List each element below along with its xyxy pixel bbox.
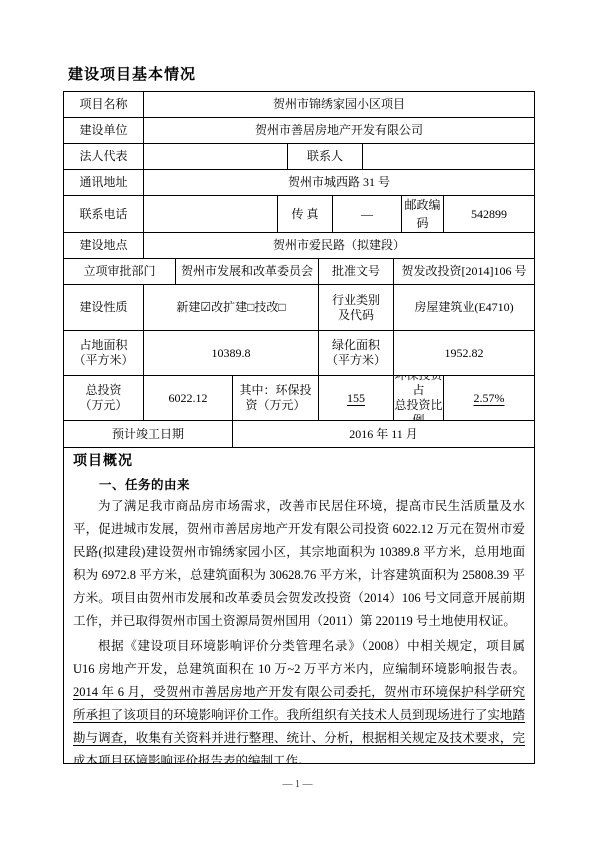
industry-label-line2: 及代码 [338, 308, 374, 323]
env-ratio-label-line2: 总投资比例 [394, 398, 443, 421]
env-investment-number: 155 [347, 391, 365, 406]
nature-checkboxes: 新建☑改扩建□技改□ [144, 285, 319, 331]
land-area-value: 10389.8 [144, 331, 319, 376]
phone-label: 联系电话 [64, 196, 144, 233]
project-name-label: 项目名称 [64, 92, 144, 118]
land-area-label-line2: （平方米） [73, 353, 133, 368]
approval-dept-label: 立项审批部门 [64, 259, 176, 285]
overview-paragraph-2: 根据《建设项目环境影响评价分类管理名录》（2008）中相关规定，项目属 U16 … [73, 635, 525, 763]
env-ratio-number: 2.57% [474, 391, 505, 406]
total-investment-label: 总投资 （万元） [64, 376, 144, 421]
env-ratio-value: 2.57% [444, 376, 534, 421]
env-investment-label-line1: 其中：环保投 [239, 383, 311, 398]
env-ratio-label: 环保投资占 总投资比例 [394, 376, 444, 421]
contact-label: 联系人 [288, 144, 363, 170]
overview-paragraph-2-plain: 根据《建设项目环境影响评价分类管理名录》（2008）中相关规定，项目属 U16 … [73, 639, 525, 676]
green-area-label-line1: 绿化面积 [332, 338, 380, 353]
green-area-label-line2: （平方米） [326, 353, 386, 368]
approval-dept-value: 贺州市发展和改革委员会 [176, 259, 319, 285]
env-investment-label: 其中：环保投 资（万元） [233, 376, 319, 421]
industry-value: 房屋建筑业(E4710) [394, 285, 534, 331]
industry-label: 行业类别 及代码 [319, 285, 394, 331]
overview-paragraph-2-underlined: 2014 年 6 月，受贺州市善居房地产开发有限公司委托，贺州市环境保护科学研究… [73, 685, 525, 763]
total-investment-label-line1: 总投资 [85, 383, 121, 398]
fax-label: 传 真 [278, 196, 333, 233]
industry-label-line1: 行业类别 [332, 293, 380, 308]
builder-label: 建设单位 [64, 118, 144, 144]
fax-value: — [333, 196, 402, 233]
total-investment-label-line2: （万元） [79, 398, 127, 413]
builder-value: 贺州市善居房地产开发有限公司 [144, 118, 534, 144]
basic-info-table: 项目名称 贺州市锦绣家园小区项目 建设单位 贺州市善居房地产开发有限公司 法人代… [63, 91, 535, 764]
legal-rep-value [144, 144, 288, 170]
approval-doc-label: 批准文号 [319, 259, 394, 285]
postcode-value: 542899 [444, 196, 534, 233]
postcode-label: 邮政编码 [402, 196, 444, 233]
phone-value [144, 196, 278, 233]
project-overview-section: 项目概况 一、任务的由来 为了满足我市商品房市场需求，改善市民居住环境，提高市民… [64, 448, 534, 763]
green-area-value: 1952.82 [394, 331, 534, 376]
nature-label: 建设性质 [64, 285, 144, 331]
page-number: — 1 — [0, 779, 595, 790]
total-investment-value: 6022.12 [144, 376, 233, 421]
completion-label: 预计竣工日期 [64, 421, 233, 448]
address-label: 通讯地址 [64, 170, 144, 196]
env-investment-label-line2: 资（万元） [245, 398, 305, 413]
overview-subheading: 一、任务的由来 [73, 478, 525, 493]
site-label: 建设地点 [64, 233, 144, 259]
green-area-label: 绿化面积 （平方米） [319, 331, 394, 376]
address-value: 贺州市城西路 31 号 [144, 170, 534, 196]
completion-value: 2016 年 11 月 [233, 421, 534, 448]
contact-value [363, 144, 534, 170]
env-investment-value: 155 [319, 376, 394, 421]
overview-heading: 项目概况 [73, 454, 525, 469]
project-name-value: 贺州市锦绣家园小区项目 [144, 92, 534, 118]
page-title: 建设项目基本情况 [68, 63, 196, 84]
approval-doc-value: 贺发改投资[2014]106 号 [394, 259, 534, 285]
site-value: 贺州市爱民路（拟建段） [144, 233, 534, 259]
overview-paragraph-1: 为了满足我市商品房市场需求，改善市民居住环境，提高市民生活质量及水平，促进城市发… [73, 495, 525, 633]
land-area-label-line1: 占地面积 [79, 338, 127, 353]
legal-rep-label: 法人代表 [64, 144, 144, 170]
land-area-label: 占地面积 （平方米） [64, 331, 144, 376]
env-ratio-label-line1: 环保投资占 [394, 376, 443, 398]
